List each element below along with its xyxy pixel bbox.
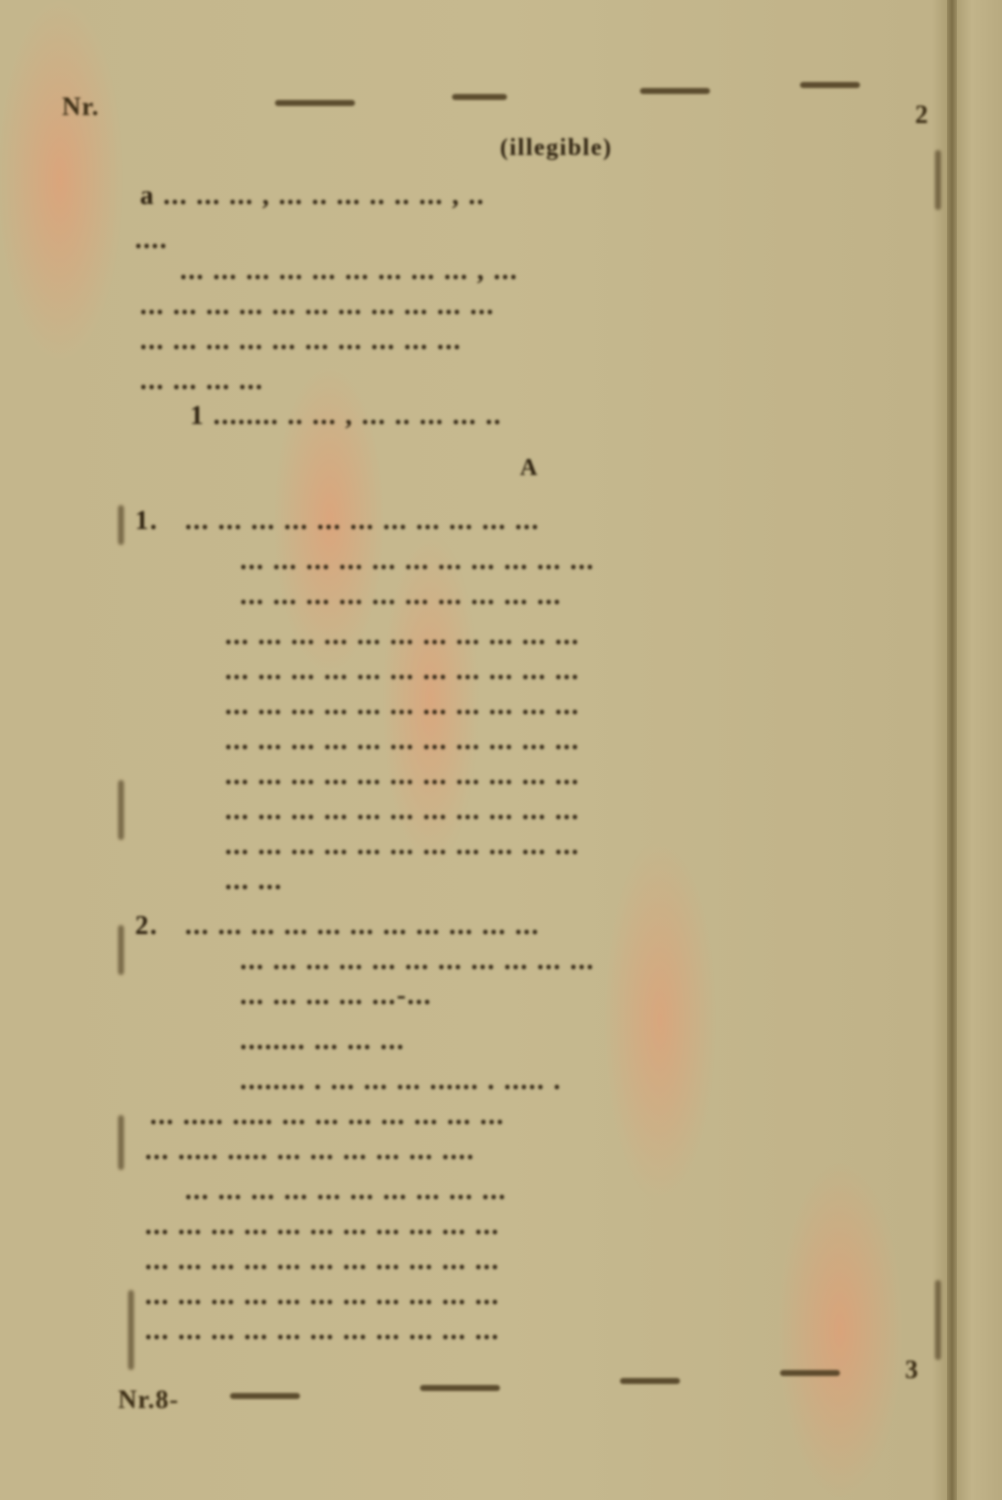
book-gutter [947,0,957,1500]
footer-left-mark: Nr.8- [118,1385,179,1415]
text-line: ... ... ... ... ... ... ... ... ... , ..… [180,255,900,286]
margin-mark [935,1280,941,1360]
text-line: ... ... ... ... ... ... ... ... ... ... … [240,545,905,576]
section-mark: A [520,455,539,482]
text-line: ... ... ... ... ... ... ... ... ... ... … [145,1315,905,1346]
subheading: ........ ... ... ... [240,1025,600,1056]
text-line: ... ..... ..... ... ... ... ... ... .... [145,1135,885,1166]
header-rule-dash [275,100,355,106]
text-line: ... ... ... ... ... ... ... ... ... ... … [140,290,900,321]
text-line: ... ... ... ... ... ... ... ... ... ... … [225,725,915,756]
text-line: ... ... ... ... ... ... ... ... ... ... … [145,1280,920,1311]
text-line: ... ... ... ... ... ... ... ... ... ... [140,325,910,356]
margin-mark [118,505,124,545]
footer-rule-dash [230,1393,300,1399]
text-line: .... [135,224,215,255]
text-line: ... ... ... ... ... ... ... ... ... ... … [185,505,905,536]
text-line: ... ... ... ... ... ... ... ... ... ... … [185,910,905,941]
text-line: ... ..... ..... ... ... ... ... ... ... … [150,1100,920,1131]
text-line: ... ... ... ... ... ... ... ... ... ... … [225,620,915,651]
item-number: 1. [135,505,158,536]
text-line: ... ... ... ... [140,365,360,396]
text-line: a ... ... ... , ... .. ... .. .. ... , .… [140,180,900,211]
footer-rule-dash [620,1378,680,1384]
item-number: 2. [135,910,158,941]
text-line: ... ... ... ... ...-... [240,980,620,1011]
text-line: ... ... ... ... ... ... ... ... ... ... … [225,760,915,791]
text-line: ... ... ... ... ... ... ... ... ... ... … [145,1245,920,1276]
footer-rule-dash [420,1385,500,1391]
margin-mark [935,150,941,210]
margin-mark [118,925,124,975]
text-line: ... ... ... ... ... ... ... ... ... ... … [225,655,915,686]
header-rule-dash [800,82,860,88]
text-line: ... ... ... ... ... ... ... ... ... ... … [145,1210,920,1241]
margin-mark [128,1290,134,1370]
header-rule-dash [452,94,507,100]
scanned-page: Nr. 2 (illegible) a ... ... ... , ... ..… [0,0,1002,1500]
footer-rule-dash [780,1370,840,1376]
text-line: ... ... ... ... ... ... ... ... ... ... … [225,690,915,721]
page-title: (illegible) [500,135,612,162]
text-line: ... ... ... ... ... ... ... ... ... ... … [240,945,905,976]
text-line: ... ... ... ... ... ... ... ... ... ... … [225,830,915,861]
header-left-mark: Nr. [62,92,99,122]
text-line: ... ... [225,865,305,896]
text-line: ... ... ... ... ... ... ... ... ... ... … [225,795,915,826]
margin-mark [118,780,124,840]
margin-mark [118,1115,124,1170]
header-rule-dash [640,88,710,94]
text-line: ... ... ... ... ... ... ... ... ... ... [185,1175,920,1206]
header-right-mark: 2 [915,100,929,130]
footer-right-mark: 3 [905,1355,919,1385]
text-line: ........ . ... ... ... ...... . ..... . [240,1065,920,1096]
text-line: 1 ........ .. ... , ... .. ... ... .. [190,400,830,431]
text-line: ... ... ... ... ... ... ... ... ... ... [240,580,905,611]
